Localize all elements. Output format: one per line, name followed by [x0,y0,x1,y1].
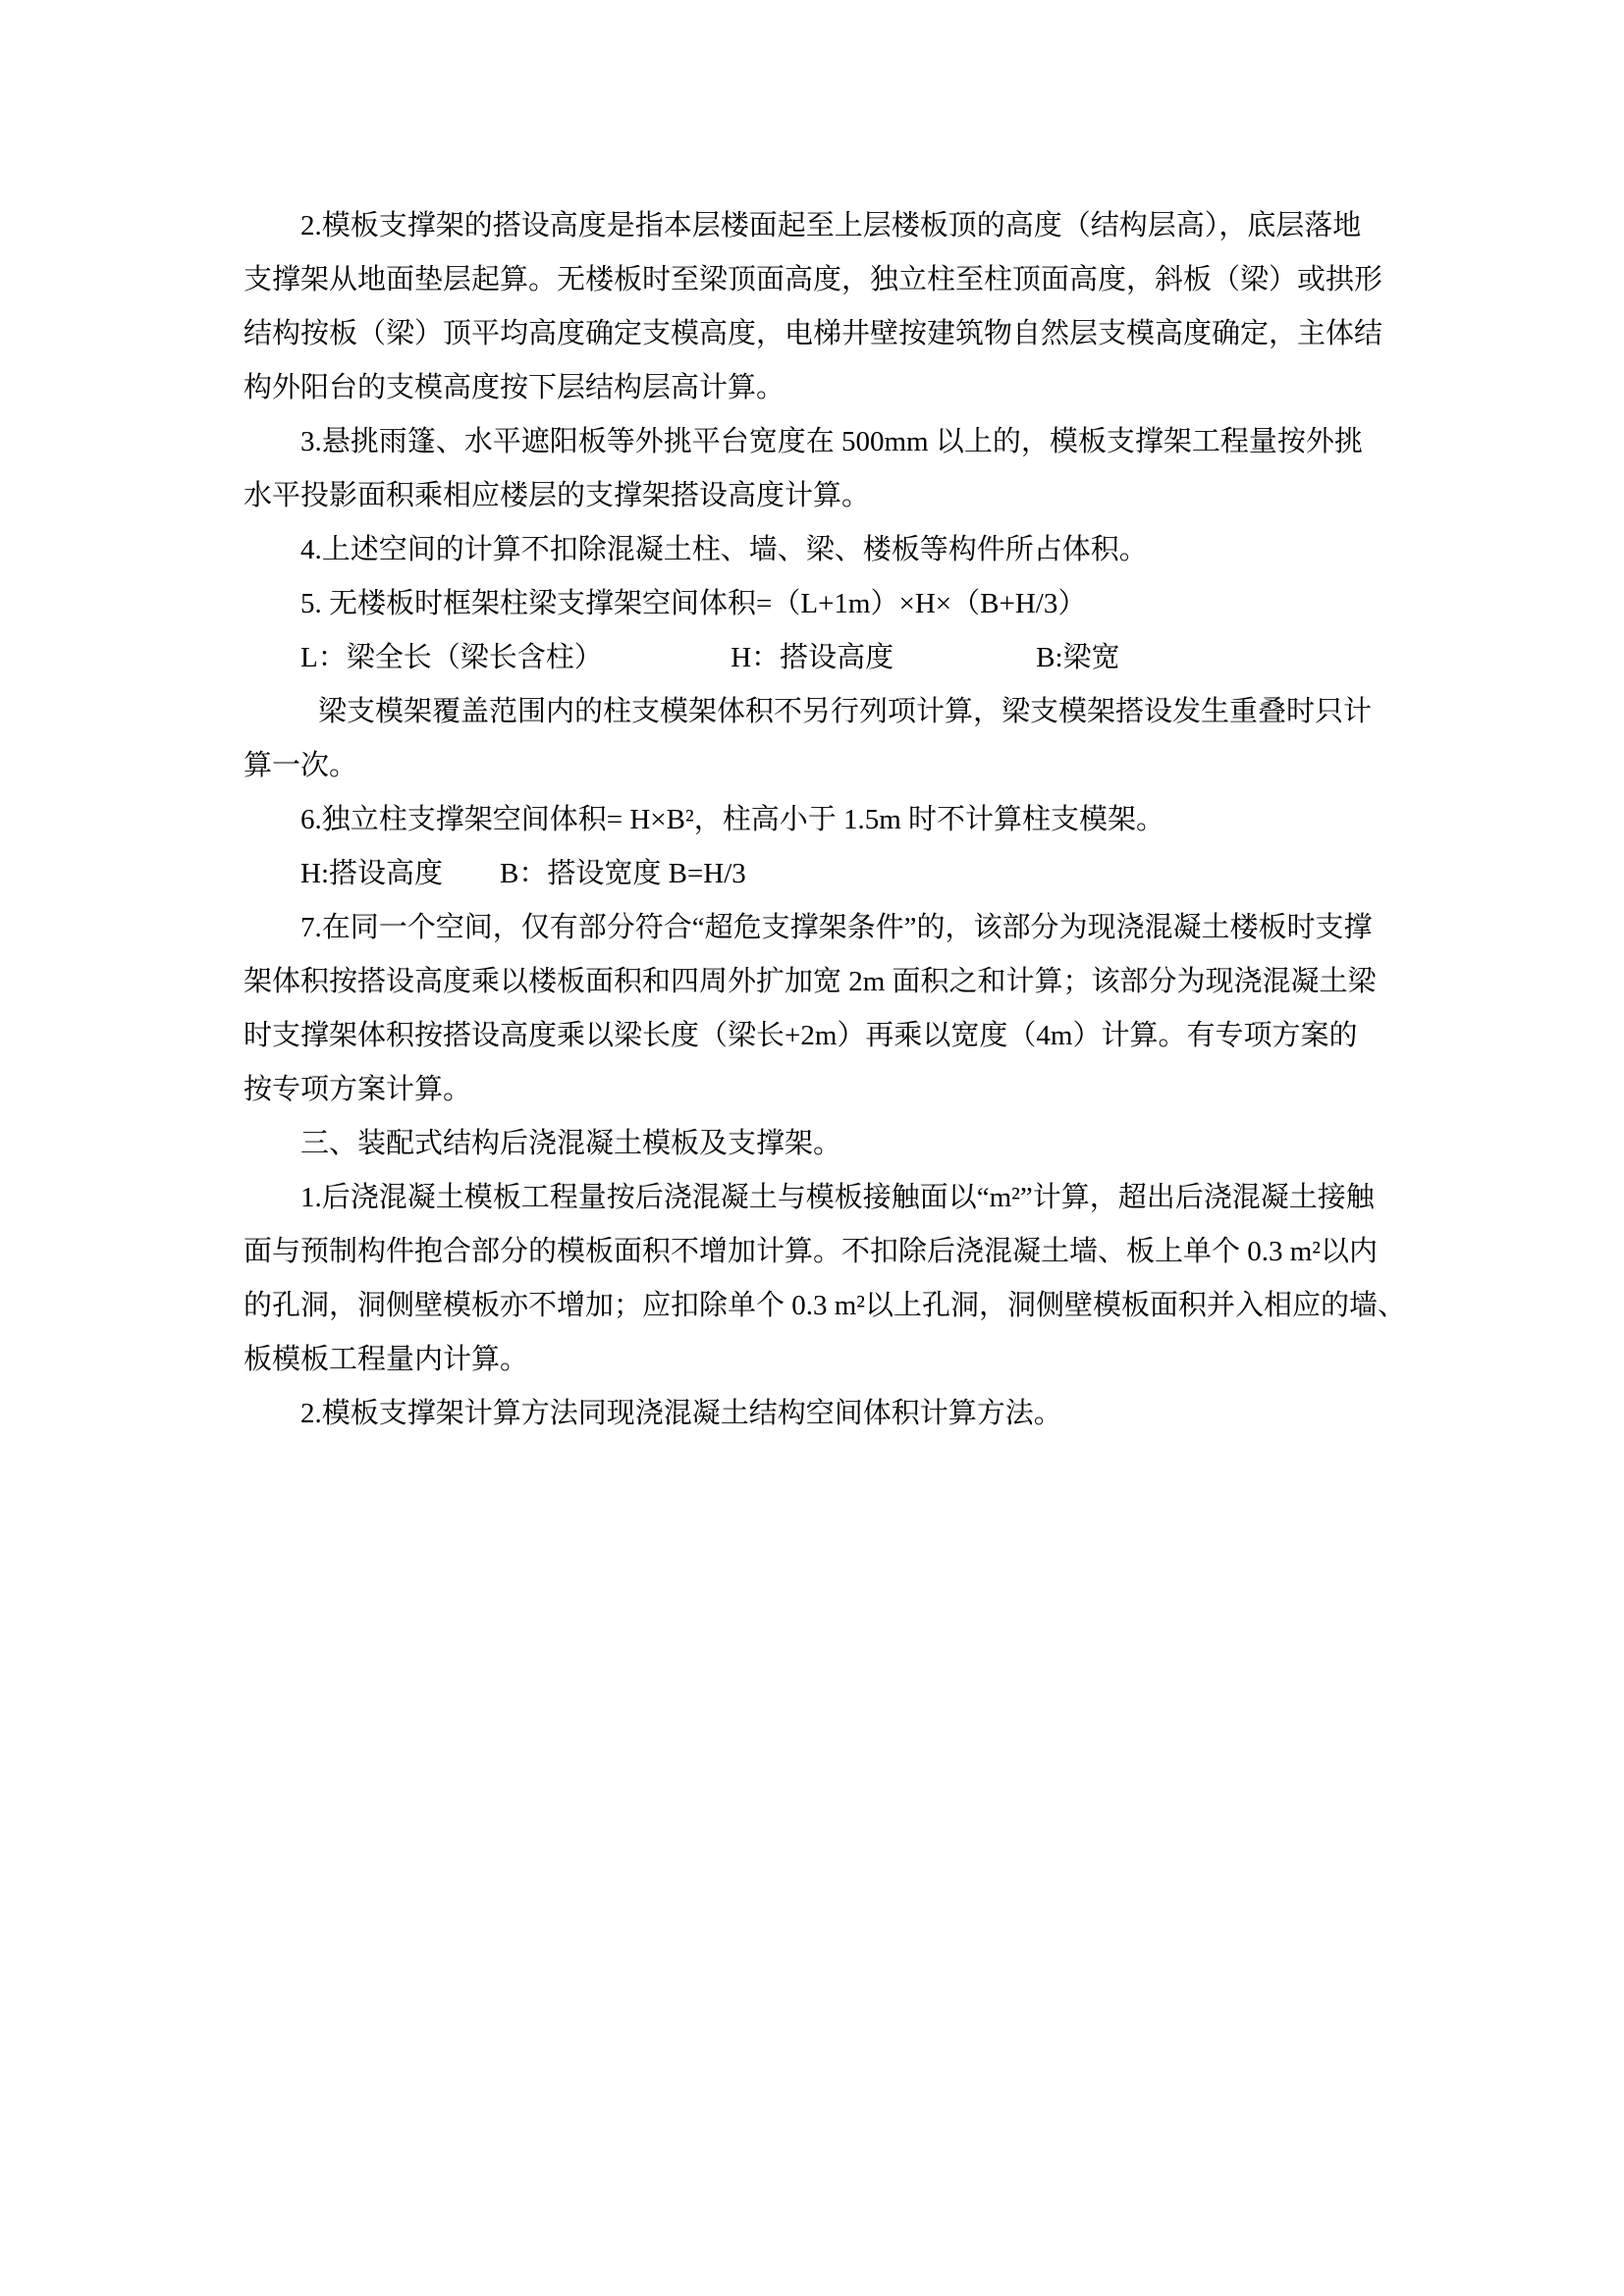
text-line: 4.上述空间的计算不扣除混凝土柱、墙、梁、楼板等构件所占体积。 [244,523,1402,577]
text-line: 时支撑架体积按搭设高度乘以梁长度（梁长+2m）再乘以宽度（4m）计算。有专项方案… [244,1009,1402,1063]
text-line: 面与预制构件抱合部分的模板面积不增加计算。不扣除后浇混凝土墙、板上单个 0.3 … [244,1225,1402,1279]
text-line: 按专项方案计算。 [244,1063,1402,1117]
text-line: 3.悬挑雨篷、水平遮阳板等外挑平台宽度在 500mm 以上的，模板支撑架工程量按… [244,415,1402,469]
text-line: 2.模板支撑架的搭设高度是指本层楼面起至上层楼板顶的高度（结构层高），底层落地 [244,199,1402,253]
text-line: 架体积按搭设高度乘以楼板面积和四周外扩加宽 2m 面积之和计算；该部分为现浇混凝… [244,955,1402,1009]
text-line: 算一次。 [244,739,1402,793]
text-line: 6.独立柱支撑架空间体积= H×B²，柱高小于 1.5m 时不计算柱支模架。 [244,793,1402,847]
text-line: 构外阳台的支模高度按下层结构层高计算。 [244,361,1402,415]
text-line: H:搭设高度 B：搭设宽度 B=H/3 [244,847,1402,901]
text-block: 2.模板支撑架的搭设高度是指本层楼面起至上层楼板顶的高度（结构层高），底层落地 … [244,199,1402,1441]
text-line: 的孔洞，洞侧壁模板亦不增加；应扣除单个 0.3 m²以上孔洞，洞侧壁模板面积并入… [244,1279,1402,1333]
text-line: L：梁全长（梁长含柱） H：搭设高度 B:梁宽 [244,631,1402,685]
text-line: 结构按板（梁）顶平均高度确定支模高度，电梯井壁按建筑物自然层支模高度确定，主体结 [244,307,1402,361]
text-line: 5. 无楼板时框架柱梁支撑架空间体积=（L+1m）×H×（B+H/3） [244,577,1402,631]
text-line: 1.后浇混凝土模板工程量按后浇混凝土与模板接触面以“m²”计算，超出后浇混凝土接… [244,1171,1402,1225]
document-page: 2.模板支撑架的搭设高度是指本层楼面起至上层楼板顶的高度（结构层高），底层落地 … [0,0,1624,2296]
text-line: 2.模板支撑架计算方法同现浇混凝土结构空间体积计算方法。 [244,1387,1402,1441]
text-line: 支撑架从地面垫层起算。无楼板时至梁顶面高度，独立柱至柱顶面高度，斜板（梁）或拱形 [244,253,1402,307]
text-line: 7.在同一个空间，仅有部分符合“超危支撑架条件”的，该部分为现浇混凝土楼板时支撑 [244,901,1402,955]
text-line: 水平投影面积乘相应楼层的支撑架搭设高度计算。 [244,469,1402,523]
section-heading: 三、装配式结构后浇混凝土模板及支撑架。 [244,1117,1402,1171]
text-line: 梁支模架覆盖范围内的柱支模架体积不另行列项计算，梁支模架搭设发生重叠时只计 [244,685,1402,739]
text-line: 板模板工程量内计算。 [244,1333,1402,1387]
